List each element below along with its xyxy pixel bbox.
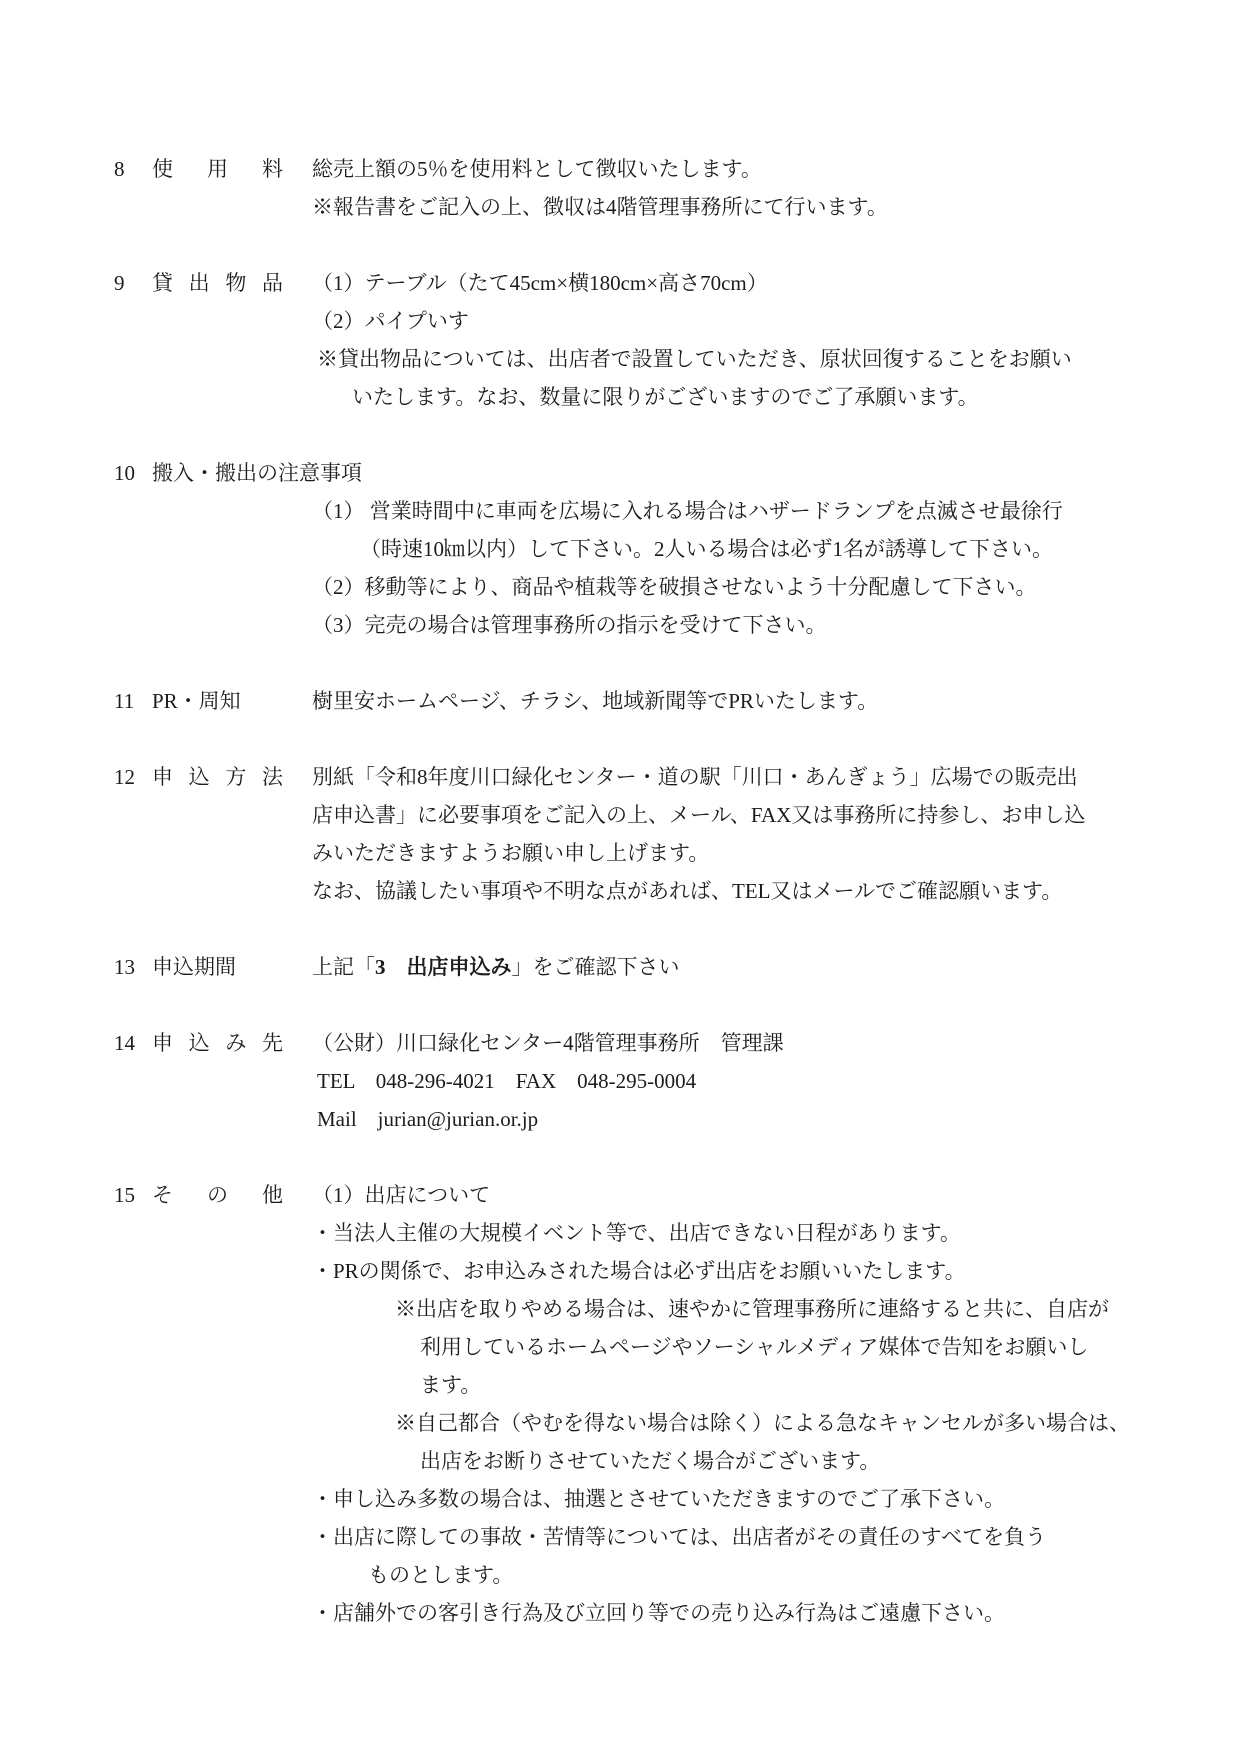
section-heading-row: 14申込み先（公財）川口緑化センター4階管理事務所 管理課 (0, 1024, 1241, 1062)
section-row: （1） 営業時間中に車両を広場に入れる場合はハザードランプを点滅させ最徐行 (312, 492, 1241, 530)
section-row: 樹里安ホームページ、チラシ、地域新聞等でPRいたします。 (312, 682, 878, 720)
section-number: 10 (114, 454, 148, 492)
section-heading-row: 11PR・周知樹里安ホームページ、チラシ、地域新聞等でPRいたします。 (0, 682, 1241, 720)
row-text: 」をご確認下さい (512, 955, 680, 979)
section-row: いたします。なお、数量に限りがございますのでご了承願います。 (352, 378, 1241, 416)
section-row: ※貸出物品については、出店者で設置していただき、原状回復することをお願い (317, 340, 1241, 378)
section-row: （時速10㎞以内）して下さい。2人いる場合は必ず1名が誘導して下さい。 (360, 530, 1241, 568)
section-13: 13申込期間上記「3 出店申込み」をご確認下さい (0, 948, 1241, 986)
section-row: （1）出店について (312, 1176, 490, 1214)
section-row: 利用しているホームページやソーシャルメディア媒体で告知をお願いし (420, 1328, 1241, 1366)
section-row: 店申込書」に必要事項をご記入の上、メール、FAX又は事務所に持参し、お申し込 (312, 796, 1241, 834)
section-number: 12 (114, 758, 148, 796)
section-heading-row: 10搬入・搬出の注意事項 (0, 454, 1241, 492)
section-row: ・店舗外での客引き行為及び立回り等での売り込み行為はご遠慮下さい。 (312, 1594, 1241, 1632)
section-label: その他 (152, 1176, 283, 1214)
row-text: 上記「 (312, 955, 375, 979)
section-row: TEL 048-296-4021 FAX 048-295-0004 (317, 1062, 1241, 1100)
section-12: 12申込方法別紙「令和8年度川口緑化センター・道の駅「川口・あんぎょう」広場での… (0, 758, 1241, 910)
section-heading-row: 8使用料総売上額の5％を使用料として徴収いたします。 (0, 150, 1241, 188)
section-number: 13 (114, 948, 148, 986)
section-row: Mail jurian@jurian.or.jp (317, 1100, 1241, 1138)
document-body: 8使用料総売上額の5％を使用料として徴収いたします。※報告書をご記入の上、徴収は… (0, 150, 1241, 1670)
section-label: 申込期間 (152, 948, 236, 986)
section-row: ・申し込み多数の場合は、抽選とさせていただきますのでご了承下さい。 (312, 1480, 1241, 1518)
section-row: ます。 (420, 1366, 1241, 1404)
section-8: 8使用料総売上額の5％を使用料として徴収いたします。※報告書をご記入の上、徴収は… (0, 150, 1241, 226)
section-number: 11 (114, 682, 148, 720)
section-row: 出店をお断りさせていただく場合がございます。 (420, 1442, 1241, 1480)
section-number: 15 (114, 1176, 148, 1214)
section-heading-row: 9貸出物品（1）テーブル（たて45cm×横180cm×高さ70cm） (0, 264, 1241, 302)
section-row: 総売上額の5％を使用料として徴収いたします。 (312, 150, 762, 188)
section-label: 搬入・搬出の注意事項 (152, 454, 362, 492)
section-9: 9貸出物品（1）テーブル（たて45cm×横180cm×高さ70cm）（2）パイプ… (0, 264, 1241, 416)
section-label: 申込み先 (152, 1024, 283, 1062)
section-row: （2）パイプいす (312, 302, 1241, 340)
section-row: ※出店を取りやめる場合は、速やかに管理事務所に連絡すると共に、自店が (395, 1290, 1241, 1328)
section-number: 9 (114, 264, 148, 302)
section-row: ・PRの関係で、お申込みされた場合は必ず出店をお願いいたします。 (312, 1252, 1241, 1290)
section-row: （1）テーブル（たて45cm×横180cm×高さ70cm） (312, 264, 768, 302)
section-11: 11PR・周知樹里安ホームページ、チラシ、地域新聞等でPRいたします。 (0, 682, 1241, 720)
section-number: 8 (114, 150, 148, 188)
section-row: ※報告書をご記入の上、徴収は4階管理事務所にて行います。 (312, 188, 1241, 226)
section-14: 14申込み先（公財）川口緑化センター4階管理事務所 管理課TEL 048-296… (0, 1024, 1241, 1138)
section-row: ・出店に際しての事故・苦情等については、出店者がその責任のすべてを負う (312, 1518, 1241, 1556)
section-15: 15その他（1）出店について・当法人主催の大規模イベント等で、出店できない日程が… (0, 1176, 1241, 1632)
section-row: （2）移動等により、商品や植栽等を破損させないよう十分配慮して下さい。 (312, 568, 1241, 606)
section-row: ・当法人主催の大規模イベント等で、出店できない日程があります。 (312, 1214, 1241, 1252)
section-heading-row: 15その他（1）出店について (0, 1176, 1241, 1214)
section-row: （公財）川口緑化センター4階管理事務所 管理課 (312, 1024, 784, 1062)
section-row: 別紙「令和8年度川口緑化センター・道の駅「川口・あんぎょう」広場での販売出 (312, 758, 1078, 796)
section-row: 上記「3 出店申込み」をご確認下さい (312, 948, 680, 986)
section-label: 貸出物品 (152, 264, 283, 302)
section-row: みいただきますようお願い申し上げます。 (312, 834, 1241, 872)
section-row: ※自己都合（やむを得ない場合は除く）による急なキャンセルが多い場合は、 (395, 1404, 1241, 1442)
section-10: 10搬入・搬出の注意事項（1） 営業時間中に車両を広場に入れる場合はハザードラン… (0, 454, 1241, 644)
section-label: 使用料 (152, 150, 283, 188)
document-page: 8使用料総売上額の5％を使用料として徴収いたします。※報告書をご記入の上、徴収は… (0, 0, 1241, 1755)
section-row: なお、協議したい事項や不明な点があれば、TEL又はメールでご確認願います。 (312, 872, 1241, 910)
section-row: ものとします。 (368, 1556, 1241, 1594)
section-heading-row: 13申込期間上記「3 出店申込み」をご確認下さい (0, 948, 1241, 986)
section-heading-row: 12申込方法別紙「令和8年度川口緑化センター・道の駅「川口・あんぎょう」広場での… (0, 758, 1241, 796)
bold-text: 3 出店申込み (375, 955, 512, 979)
section-label: PR・周知 (152, 682, 241, 720)
section-number: 14 (114, 1024, 148, 1062)
section-label: 申込方法 (152, 758, 283, 796)
section-row: （3）完売の場合は管理事務所の指示を受けて下さい。 (312, 606, 1241, 644)
